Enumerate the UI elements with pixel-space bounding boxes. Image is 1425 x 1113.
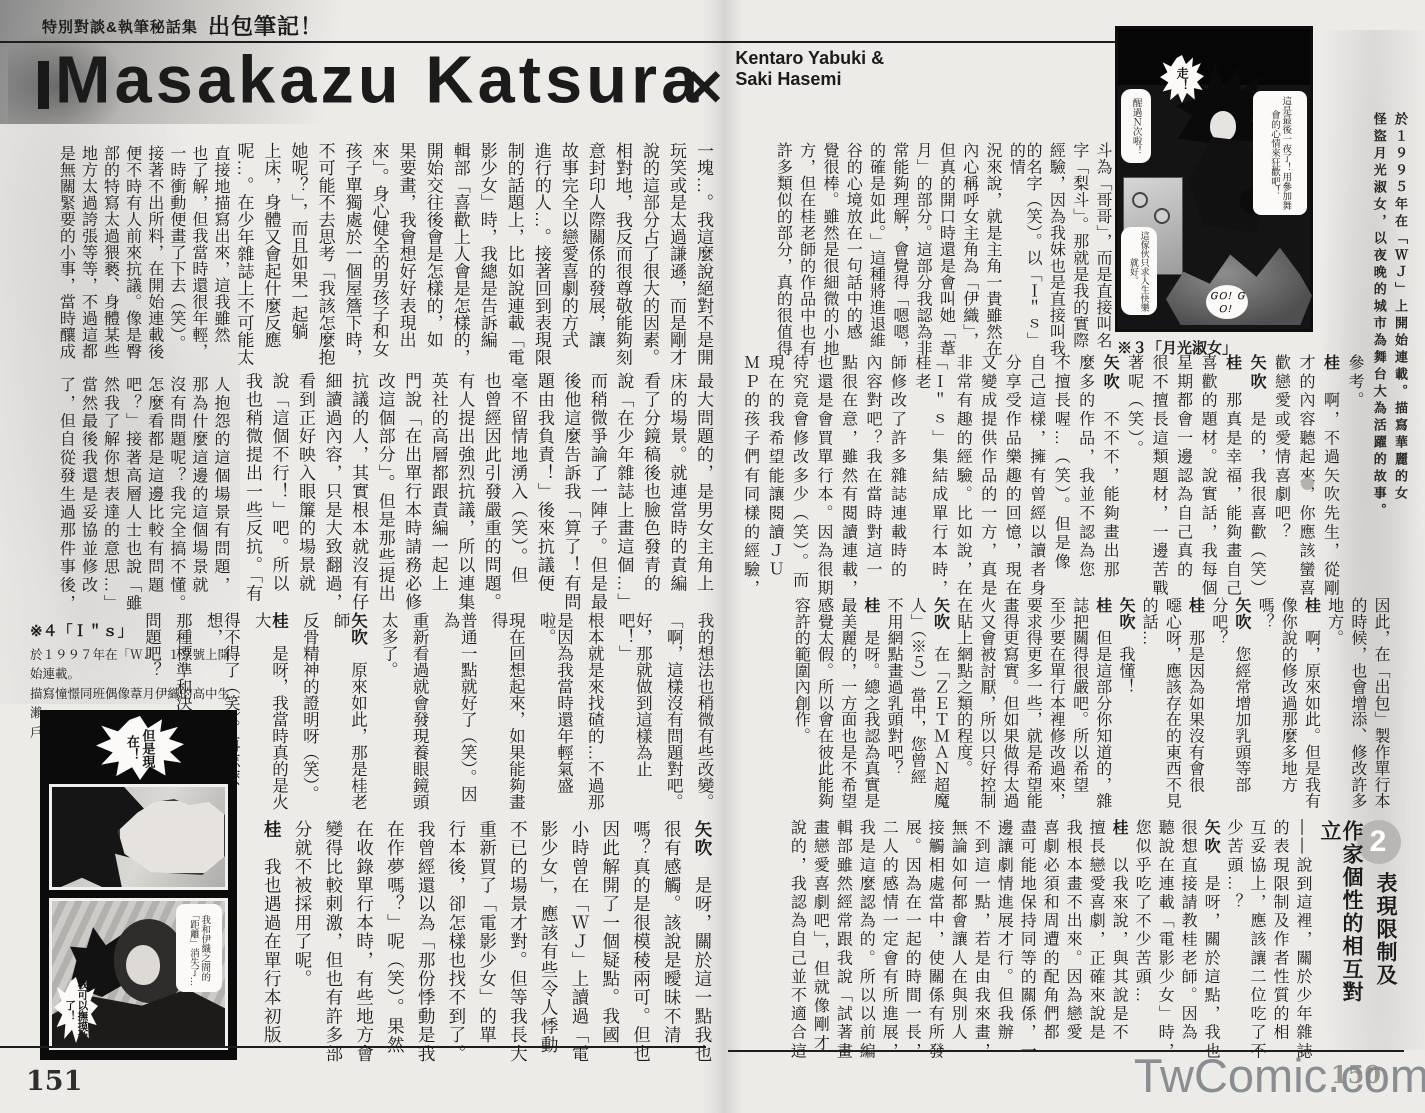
text-column: 現在的我希望能讓閱讀ＪＵ xyxy=(765,354,782,606)
text-column: 吧？」接著高層人士也說「雖 xyxy=(123,376,140,622)
left-margin-band-1: 直接地描寫出來，這我雖然也了解，但我當時還很年輕，一時衝動便畫了下去（笑）。接著… xyxy=(51,145,228,367)
text-column: 在貼上網點之類的程度。 xyxy=(954,597,971,811)
text-column: 分就不被採用了呢。 xyxy=(294,820,312,1068)
text-column: 說「在少年雜誌上畫這個…」 xyxy=(615,372,633,612)
text-column: 怎麼看都是這邊比較有問題 xyxy=(145,376,162,622)
text-column: 桂 啊，原來如此。但是我有 xyxy=(1302,597,1319,811)
text-column: 況來說，就是主角一貴雖然在 xyxy=(983,142,1000,362)
text-column: 是無關緊要的小事，當時釀成 xyxy=(57,145,74,367)
text-column: 不已的場景才對。但等我長大 xyxy=(509,820,527,1068)
text-column: 是因為我當時還年輕氣盛啦。 xyxy=(537,612,572,818)
text-column: 孩子單獨處於一個屋簷下時， xyxy=(343,142,361,366)
text-column: 於１９９５年在「ＷＪ」上開始連載。描寫華麗的女 xyxy=(1393,112,1407,582)
text-column: 了，但自從發生過那件事後， xyxy=(57,376,74,622)
text-column: 桂 啊，不過矢吹先生，從剛 xyxy=(1321,354,1338,606)
text-column: 輯部「喜歡上人會是怎樣的， xyxy=(451,142,469,366)
text-column: 好，那就做到這樣為止吧！」 xyxy=(616,612,651,818)
text-column: 桂 那是因為如果沒有會很 xyxy=(1186,597,1203,811)
text-column: 在作夢嗎？」呢（笑）。果然 xyxy=(386,820,404,1068)
text-column: ＭＰ的孩子們有同樣的經驗， xyxy=(741,354,758,606)
text-column: 呢…。在少年雜誌上不可能太 xyxy=(235,142,253,366)
text-column: 反骨精神的證明呀（笑）。 xyxy=(300,612,317,818)
text-column: 人抱怨的這個場景有問題， xyxy=(211,376,228,622)
text-column: 不用網點畫過乳頭對吧？ xyxy=(884,597,901,811)
text-column: 擅長戀愛喜劇，正確來說是 xyxy=(1086,819,1103,1066)
section-number-badge: 2 xyxy=(1357,820,1401,864)
text-column: 也還是會買單行本。因為很期 xyxy=(814,354,831,606)
text-column: 最大問題的，是男女主角上 xyxy=(694,372,712,612)
text-column: 人」（※５）當中，您曾經 xyxy=(907,597,924,811)
text-column: 誌把關得很嚴吧。所以希望 xyxy=(1070,597,1087,811)
text-column: 看了分鏡稿後也臉色發青的 xyxy=(641,372,659,612)
text-column: 的名字（笑）。以「Ｉ＂ｓ」的情 xyxy=(1007,142,1041,362)
footnote-4-heading: ※４「Ｉ＂ｓ」 xyxy=(30,620,238,641)
dial-icon xyxy=(1154,208,1170,224)
manga-interview-spread: 特別對談&執筆秘話集 出包筆記！ Masakazu Katsura✕Kentar… xyxy=(0,0,1425,1113)
text-column: 來」。身心健全的男孩子和女 xyxy=(370,142,388,366)
text-column: 的話… xyxy=(1139,597,1156,811)
speech-burst: 但是現在！ xyxy=(96,716,184,780)
text-column: 桂 是呀，我當時真的是火大 xyxy=(252,612,287,818)
text-column: ——說到這裡，關於少年雜誌 xyxy=(1293,819,1310,1066)
text-column: 容許的範圍內創作。 xyxy=(792,597,809,811)
text-column: 抗議的人，其實根本就沒有仔 xyxy=(349,372,367,612)
text-column: 許多類似的部分，真的很值得 xyxy=(774,142,791,362)
text-column: 少苦頭…？ xyxy=(1224,819,1241,1066)
title-katsura: Masakazu Katsura xyxy=(55,40,702,118)
text-column: 影少女」，應該有些令人悸動 xyxy=(540,820,558,1068)
text-column: 覺很棒。雖然是很細微的小地 xyxy=(820,142,837,362)
text-column: 畫得更寫實。但如果做得太過 xyxy=(1000,597,1017,811)
text-column: 喜歡的題材。說實話，我每個 xyxy=(1198,354,1215,606)
text-column: 矢吹 原來如此，那是桂老師 xyxy=(331,612,366,818)
text-column: 要求得更多一些，就是希望能 xyxy=(1023,597,1040,811)
text-column: 那為什麼這邊的這個場景就 xyxy=(189,376,206,622)
text-column: 矢吹 不不不，能夠畫出那 xyxy=(1100,354,1117,606)
text-column: 很不擅長這類題材，一邊苦戰 xyxy=(1149,354,1166,606)
title-guests: Kentaro Yabuki &Saki Hasemi xyxy=(735,48,884,89)
text-column: 地方。 xyxy=(1325,597,1342,811)
text-column: 「Ｉ＂ｓ」集結成單行本時，桂老 xyxy=(912,354,946,606)
text-column: 門說「在出單行本時請務必修 xyxy=(402,372,420,612)
text-column: 字「梨斗」。那就是我的實際 xyxy=(1070,142,1087,362)
text-column: 感覺太假。所以會在彼此能夠 xyxy=(815,597,832,811)
text-column: 的時候，也會增添、修改許多 xyxy=(1348,597,1365,811)
text-column: 師修改了許多雜誌連載時的 xyxy=(888,354,905,606)
text-column: 但真的開口時還是會叫她「葦 xyxy=(937,142,954,362)
text-column: 也曾經因此引發嚴重的問題。 xyxy=(482,372,500,612)
footnote-3-moonlight-lady: 於１９９５年在「ＷＪ」上開始連載。描寫華麗的女怪盜月光淑女，以夜晚的城市為舞台大… xyxy=(1364,112,1407,582)
text-column: 小時曾在「ＷＪ」上讀過「電 xyxy=(571,820,589,1068)
text-column: 改這個部分」。但是那些提出 xyxy=(376,372,394,612)
text-column: 而稍微爭論了一陣子。但是最 xyxy=(588,372,606,612)
text-column: 噁心呀，應該存在的東西不見 xyxy=(1163,597,1180,811)
text-column: 像你說的修改過那麼多地方 xyxy=(1278,597,1295,811)
right-band-3: 因此，在「出包」製作單行本的時候，也會增添、修改許多地方。桂 啊，原來如此。但是… xyxy=(785,597,1388,811)
section-number: 2 xyxy=(1370,826,1389,858)
text-column: 也了解，但我當時還很年輕， xyxy=(189,145,206,367)
text-column: 開始交往後會是怎樣的，如 xyxy=(424,142,442,366)
text-column: 矢吹 您經常增加乳頭等部 xyxy=(1232,597,1249,811)
text-column: 然我了解你想表達的意思…」 xyxy=(101,376,118,622)
manga-panel-video-girl: 但是現在！ 我和伊織之間的「距離」消失了… 我可以撫摸她了！ xyxy=(40,710,237,1060)
text-column: 矢吹 是呀，關於這一點我也 xyxy=(694,820,712,1068)
text-column: 矢吹 是的，我很喜歡（笑） xyxy=(1247,354,1264,606)
text-column: 盡可能地保持同等的關係，一 xyxy=(1017,819,1034,1066)
text-column: 上床，身體又會起什麼反應 xyxy=(262,142,280,366)
text-column: 我曾經還以為「那份悸動是我 xyxy=(417,820,435,1068)
text-column: 畫戀愛喜劇吧」，但就像剛才 xyxy=(811,819,828,1066)
text-column: 細讀過內容，只是大致翻過， xyxy=(323,372,341,612)
title-edge-bar xyxy=(38,61,49,109)
text-column: 我根本畫不出來。因為戀愛 xyxy=(1063,819,1080,1066)
text-column: 因此解開了一個疑點。我國 xyxy=(601,820,619,1068)
text-column: 行本後，卻怎樣也找不到了。 xyxy=(448,820,466,1068)
character-face-art xyxy=(126,945,160,985)
text-column: 非常有趣的經驗。比如說，在 xyxy=(953,354,970,606)
page-title: Masakazu Katsura✕Kentaro Yabuki &Saki Ha… xyxy=(38,44,884,118)
text-column: 果要畫，我會想好好表現出 xyxy=(397,142,415,366)
character-face-art xyxy=(1210,111,1236,141)
text-column: 喜劇必須和周遭的配角們都 xyxy=(1040,819,1057,1066)
text-column: 二人的感情一定會有所進展， xyxy=(879,819,896,1066)
panel-caption: ※３「月光淑女」 xyxy=(1117,337,1237,358)
text-column: 桂 但是這部分你知道的，雜 xyxy=(1093,597,1110,811)
text-column: 經驗，因為我妹也是直接叫我 xyxy=(1047,142,1064,362)
text-column: 桂 我也遇過在單行本初版 xyxy=(263,820,281,1068)
print-dot-artifact xyxy=(1301,477,1314,490)
guest-line-2: Saki Hasemi xyxy=(735,69,841,89)
speech-bubble: 這傢伙只求人生快樂就好。 xyxy=(1121,227,1157,315)
text-column: 展。因為在一起的時間一長， xyxy=(902,819,919,1066)
speech-bubble: 我和伊織之間的「距離」消失了… xyxy=(176,904,222,992)
watermark-twcomic: TwComic.com xyxy=(1134,1048,1425,1103)
text-column: 接著不出所料，在開始連載後 xyxy=(145,145,162,367)
text-column: 桂 那真是幸福，能夠畫自己 xyxy=(1223,354,1240,606)
text-column: 分吧？ xyxy=(1209,597,1226,811)
text-column: 矢吹 在「ＺＥＴＭＡＮ超魔 xyxy=(931,597,948,811)
text-column: 沒有問題呢？我完全搞不懂。 xyxy=(167,376,184,622)
text-column: 麼多的作品，我並不認為您 xyxy=(1076,354,1093,606)
text-column: 的表現限制及作者性質的相 xyxy=(1270,819,1287,1066)
left-footer-rule xyxy=(0,1046,706,1048)
text-column: 不擅長喔…（笑）。但是像 xyxy=(1051,354,1068,606)
text-column: 月」的部分。這部分我認為非 xyxy=(913,142,930,362)
text-column: 直接地描寫出來，這我雖然 xyxy=(211,145,228,367)
text-column: 床的場景。就連當時的責編 xyxy=(668,372,686,612)
text-column: 說的，我認為自己並不適合這 xyxy=(788,819,805,1066)
text-column: 在收錄單行本時，有些地方會 xyxy=(355,820,373,1068)
left-band-4: 矢吹 是呀，關於這一點我也很有感觸。該說是曖昧不清嗎？真的是很模稜兩可。但也因此… xyxy=(251,820,712,1068)
text-column: 內心稱呼女主角為「伊織」， xyxy=(960,142,977,362)
text-column: 火又會被討厭，所以只好控制 xyxy=(977,597,994,811)
text-column: 很有感觸。該說是曖昧不清 xyxy=(663,820,681,1068)
text-column: 因此，在「出包」製作單行本 xyxy=(1371,597,1388,811)
text-column: 無論如何都會讓人在與別人 xyxy=(948,819,965,1066)
text-column: 待究竟會修改多少（笑）。而 xyxy=(790,354,807,606)
text-column: 重新買了「電影少女」的單 xyxy=(478,820,496,1068)
text-column: 嗎？真的是很模稜兩可。但也 xyxy=(632,820,650,1068)
text-column: 嗎？ xyxy=(1255,597,1272,811)
series-brand: 出包筆記！ xyxy=(208,10,323,41)
section-heading-col: 作家個性的相互對立 xyxy=(1318,820,1362,1012)
text-column: 地方太過誇張等等，不過這都 xyxy=(79,145,96,367)
text-column: 點很在意，雖然有閱讀連載， xyxy=(839,354,856,606)
text-column: 您似乎吃了不少苦頭… xyxy=(1132,819,1149,1066)
text-column: 至少要在單行本裡修改過來， xyxy=(1047,597,1064,811)
text-column: 不到這一點，若是由我來畫， xyxy=(971,819,988,1066)
text-column: 聽說在連載「電影少女」時， xyxy=(1155,819,1172,1066)
text-column: 我的想法也稍微有些改變。 xyxy=(695,612,712,818)
text-column: 英社的高層都跟責編一起上 xyxy=(429,372,447,612)
text-column: 重新看過就會發現養眼鏡頭 xyxy=(410,612,427,818)
text-column: 毫不留情地湧入（笑）。但 xyxy=(508,372,526,612)
dial-icon xyxy=(1132,192,1148,208)
text-column: 桂 是呀。總之我認為真實是 xyxy=(861,597,878,811)
text-column: 太多了。 xyxy=(379,612,396,818)
text-column: 一時衝動便畫了下去（笑）。 xyxy=(167,145,184,367)
text-column: 方，但在桂老師的作品中也有 xyxy=(797,142,814,362)
text-column: 普通一點就好了（笑）。因為 xyxy=(441,612,476,818)
left-band-2: 最大問題的，是男女主角上床的場景。就連當時的責編看了分鏡稿後也臉色發青的說「在少… xyxy=(234,372,712,612)
text-column: 部的特寫太過猥褻、身體某些 xyxy=(101,145,118,367)
section-heading-2: 2表現限制及 作家個性的相互對立 xyxy=(1311,820,1401,1012)
text-column: 便不時有人前來抗議。像是臀 xyxy=(123,145,140,367)
right-band-2: 參考。桂 啊，不過矢吹先生，從剛才的內容聽起來，你應該蠻喜歡戀愛或愛情喜劇吧？矢… xyxy=(733,354,1362,606)
text-column: 邊讓劇情進展才行。但我辦 xyxy=(994,819,1011,1066)
text-column: 進行的人…。接著回到表現限 xyxy=(532,142,550,366)
text-column: 說的這部分占了很大的因素。 xyxy=(640,142,658,366)
text-column: 後他這麼告訴我「算了！有問 xyxy=(562,372,580,612)
text-column: 當然最後我還是妥協並修改 xyxy=(79,376,96,622)
speech-bubble: 這是最後一夜了！用參加舞會的心情來狂歡吧！ xyxy=(1253,91,1307,215)
text-column: 現在回想起來，如果能夠畫得 xyxy=(489,612,524,818)
section-heading-text: 表現限制及 xyxy=(1374,872,1397,987)
text-column: 歡戀愛或愛情喜劇吧？ xyxy=(1272,354,1289,606)
text-column: 我是這麼認為的。所以以前編 xyxy=(857,819,874,1066)
text-column: 說「這個不行！」吧。所以 xyxy=(270,372,288,612)
text-column: 「啊，這樣沒有問題對吧。 xyxy=(664,612,681,818)
speech-bubble: 醒過Ｎ次啦！ xyxy=(1121,89,1151,163)
text-column: 矢吹 是呀，關於這點，我也 xyxy=(1201,819,1218,1066)
text-column: 相對地，我反而很尊敬能夠刻 xyxy=(613,142,631,366)
text-column: 的確是如此。」這種將進退維 xyxy=(867,142,884,362)
text-column: 又變成提供作品的一方，真是 xyxy=(978,354,995,606)
text-column: 怪盜月光淑女，以夜晚的城市為舞台大為活躍的故事。 xyxy=(1371,112,1385,582)
manga-frame-hand xyxy=(49,784,228,890)
text-column: 變得比較刺激，但也有許多部 xyxy=(324,820,342,1068)
text-column: 著呢（笑）。 xyxy=(1125,354,1142,606)
manga-panel-moonlight-lady: 走！ 醒過Ｎ次啦！ 這是最後一夜了！用參加舞會的心情來狂歡吧！ 這傢伙只求人生快… xyxy=(1115,26,1313,332)
text-column: 看到正好映入眼簾的場景就 xyxy=(296,372,314,612)
page-number-151: 151 xyxy=(26,1066,82,1097)
text-column: 最美麗的，一方面也是不希望 xyxy=(838,597,855,811)
manga-frame-embrace: 我和伊織之間的「距離」消失了… 我可以撫摸她了！ xyxy=(49,898,228,1050)
right-band-4: ——說到這裡，關於少年雜誌的表現限制及作者性質的相互妥協上，應該讓二位吃了不少苦… xyxy=(781,819,1310,1066)
text-column: 參考。 xyxy=(1345,354,1362,606)
left-margin-band-2: 人抱怨的這個場景有問題，那為什麼這邊的這個場景就沒有問題呢？我完全搞不懂。怎麼看… xyxy=(51,376,228,622)
text-column: 常能夠理解，會覺得「嗯嗯， xyxy=(890,142,907,362)
right-band-1: 斗為「哥哥」，而是直接叫名字「梨斗」。那就是我的實際經驗，因為我妹也是直接叫我的… xyxy=(767,142,1110,362)
text-column: 影少女」時，我總是告訴編 xyxy=(478,142,496,366)
guest-line-1: Kentaro Yabuki & xyxy=(735,48,884,68)
speech-bubble-go: ＧＯ！ＧＯ！ xyxy=(1206,285,1248,319)
section-heading-col: 2表現限制及 xyxy=(1369,820,1401,1012)
text-column: 斗為「哥哥」，而是直接叫名 xyxy=(1093,142,1110,362)
text-column: 分享受作品樂趣的回憶，現在 xyxy=(1002,354,1019,606)
text-column: 桂 以我來說，與其說是不 xyxy=(1109,819,1126,1066)
text-column: 她呢？」，而且如果一起躺 xyxy=(289,142,307,366)
text-column: 一塊…。我這麼說絕對不是開 xyxy=(694,142,712,366)
text-column: 玩笑或是太過謙遜，而是剛才 xyxy=(667,142,685,366)
text-column: 谷的心境放在一句話中的感 xyxy=(843,142,860,362)
text-column: 很想直接請教桂老師。因為 xyxy=(1178,819,1195,1066)
text-column: 星期都會一邊認為自己真的 xyxy=(1174,354,1191,606)
text-column: 互妥協上，應該讓二位吃了不 xyxy=(1247,819,1264,1066)
text-column: 制的話題上，比如說連載「電 xyxy=(505,142,523,366)
text-column: 有人提出強烈抗議，所以連集 xyxy=(455,372,473,612)
text-column: 意封印人際關係的發展，讓 xyxy=(586,142,604,366)
text-column: 輯部雖然經常跟我說「試著畫 xyxy=(834,819,851,1066)
text-column: 故事完全以戀愛喜劇的方式 xyxy=(559,142,577,366)
left-band-1: 一塊…。我這麼說絕對不是開玩笑或是太過謙遜，而是剛才說的這部分占了很大的因素。相… xyxy=(225,142,712,366)
text-column: 根本就是來找碴的…不過那 xyxy=(585,612,602,818)
footnote-4-line: 於１９９７年在「ＷＪ」１９號上開始連載。 xyxy=(30,646,238,685)
text-column: 接觸相處當中，使關係有所發 xyxy=(925,819,942,1066)
text-column: 自己這樣，擁有曾經以讀者身 xyxy=(1027,354,1044,606)
text-column: 題由我負責！」後來抗議便 xyxy=(535,372,553,612)
series-label: 特別對談&執筆秘話集 xyxy=(42,16,198,37)
text-column: 矢吹 我懂！ xyxy=(1116,597,1133,811)
text-column: 我也稍微提出一些反抗。「有 xyxy=(243,372,261,612)
text-column: 不可能不去思考「我該怎麼抱 xyxy=(316,142,334,366)
text-column: 內容對吧？我在當時對這一 xyxy=(863,354,880,606)
